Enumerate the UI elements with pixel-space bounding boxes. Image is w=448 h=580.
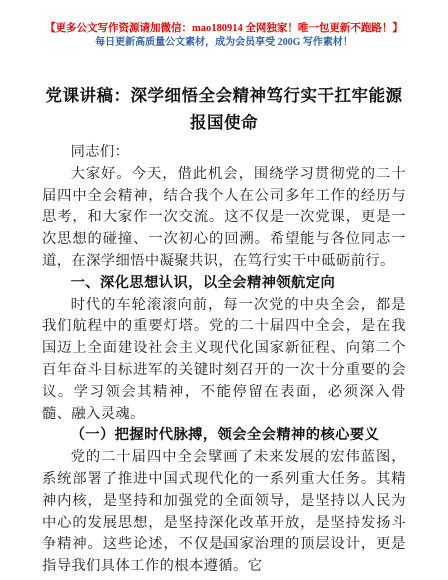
page-number: 1 [0, 541, 448, 551]
ad-banner: 【更多公文写作资源请加微信：mao180914 全网独家！唯一包更新不跑路！】 … [0, 0, 448, 49]
document-title: 党课讲稿：深学细悟全会精神笃行实干扛牢能源报国使命 [40, 82, 408, 136]
body-paragraph: 大家好。今天，借此机会，围绕学习贯彻党的二十届四中全会精神，结合我个人在公司多年… [42, 164, 406, 273]
section-heading: （一）把握时代脉搏，领会全会精神的核心要义 [42, 425, 406, 447]
section-heading: 一、深化思想认识，以全会精神领航定向 [42, 273, 406, 295]
ad-banner-line-2: 每日更新高质量公文素材，成为会员享受 200G 写作素材！ [0, 36, 448, 49]
body-paragraph: 党的二十届四中全会擘画了未来发展的宏伟蓝图，系统部署了推进中国式现代化的一系列重… [42, 447, 406, 578]
document-page: 【更多公文写作资源请加微信：mao180914 全网独家！唯一包更新不跑路！】 … [0, 0, 448, 580]
body-paragraph: 时代的车轮滚滚向前，每一次党的中央全会，都是我们航程中的重要灯塔。党的二十届四中… [42, 295, 406, 426]
body-paragraph: 同志们： [42, 142, 406, 164]
document-body: 同志们：大家好。今天，借此机会，围绕学习贯彻党的二十届四中全会精神，结合我个人在… [42, 142, 406, 578]
ad-banner-line-1: 【更多公文写作资源请加微信：mao180914 全网独家！唯一包更新不跑路！】 [0, 22, 448, 36]
